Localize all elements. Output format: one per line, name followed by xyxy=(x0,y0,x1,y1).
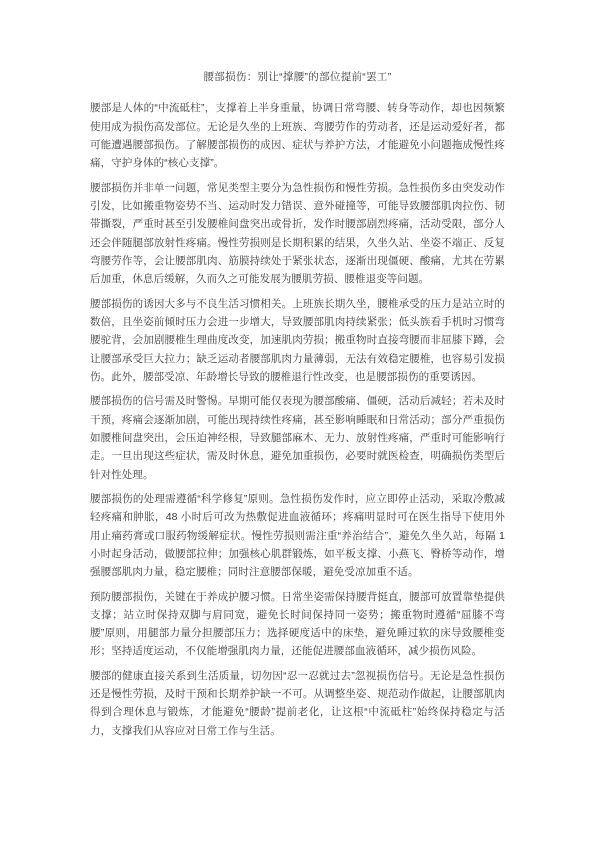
paragraph-warning-signs: 腰部损伤的信号需及时警惕。早期可能仅表现为腰部酸痛、僵硬，活动后减轻；若未及时干… xyxy=(90,392,505,484)
paragraph-prevention: 预防腰部损伤，关键在于养成护腰习惯。日常坐姿需保持腰背挺直，腰部可放置靠垫提供支… xyxy=(90,588,505,661)
paragraph-treatment: 腰部损伤的处理需遵循“科学修复”原则。急性损伤发作时，应立即停止活动，采取冷敷减… xyxy=(90,490,505,582)
document-title: 腰部损伤：别让“撑腰”的部位提前“罢工” xyxy=(90,68,505,86)
document-page: 腰部损伤：别让“撑腰”的部位提前“罢工” 腰部是人体的“中流砥柱”，支撑着上半身… xyxy=(0,0,595,841)
paragraph-intro: 腰部是人体的“中流砥柱”，支撑着上半身重量，协调日常弯腰、转身等动作，却也因频繁… xyxy=(90,99,505,172)
document-body: 腰部是人体的“中流砥柱”，支撑着上半身重量，协调日常弯腰、转身等动作，却也因频繁… xyxy=(90,99,505,740)
paragraph-conclusion: 腰部的健康直接关系到生活质量，切勿因“忍一忍就过去”忽视损伤信号。无论是急性损伤… xyxy=(90,667,505,740)
paragraph-causes: 腰部损伤的诱因大多与不良生活习惯相关。上班族长期久坐，腰椎承受的压力是站立时的数… xyxy=(90,295,505,387)
paragraph-injury-types: 腰部损伤并非单一问题，常见类型主要分为急性损伤和慢性劳损。急性损伤多由突发动作引… xyxy=(90,179,505,289)
